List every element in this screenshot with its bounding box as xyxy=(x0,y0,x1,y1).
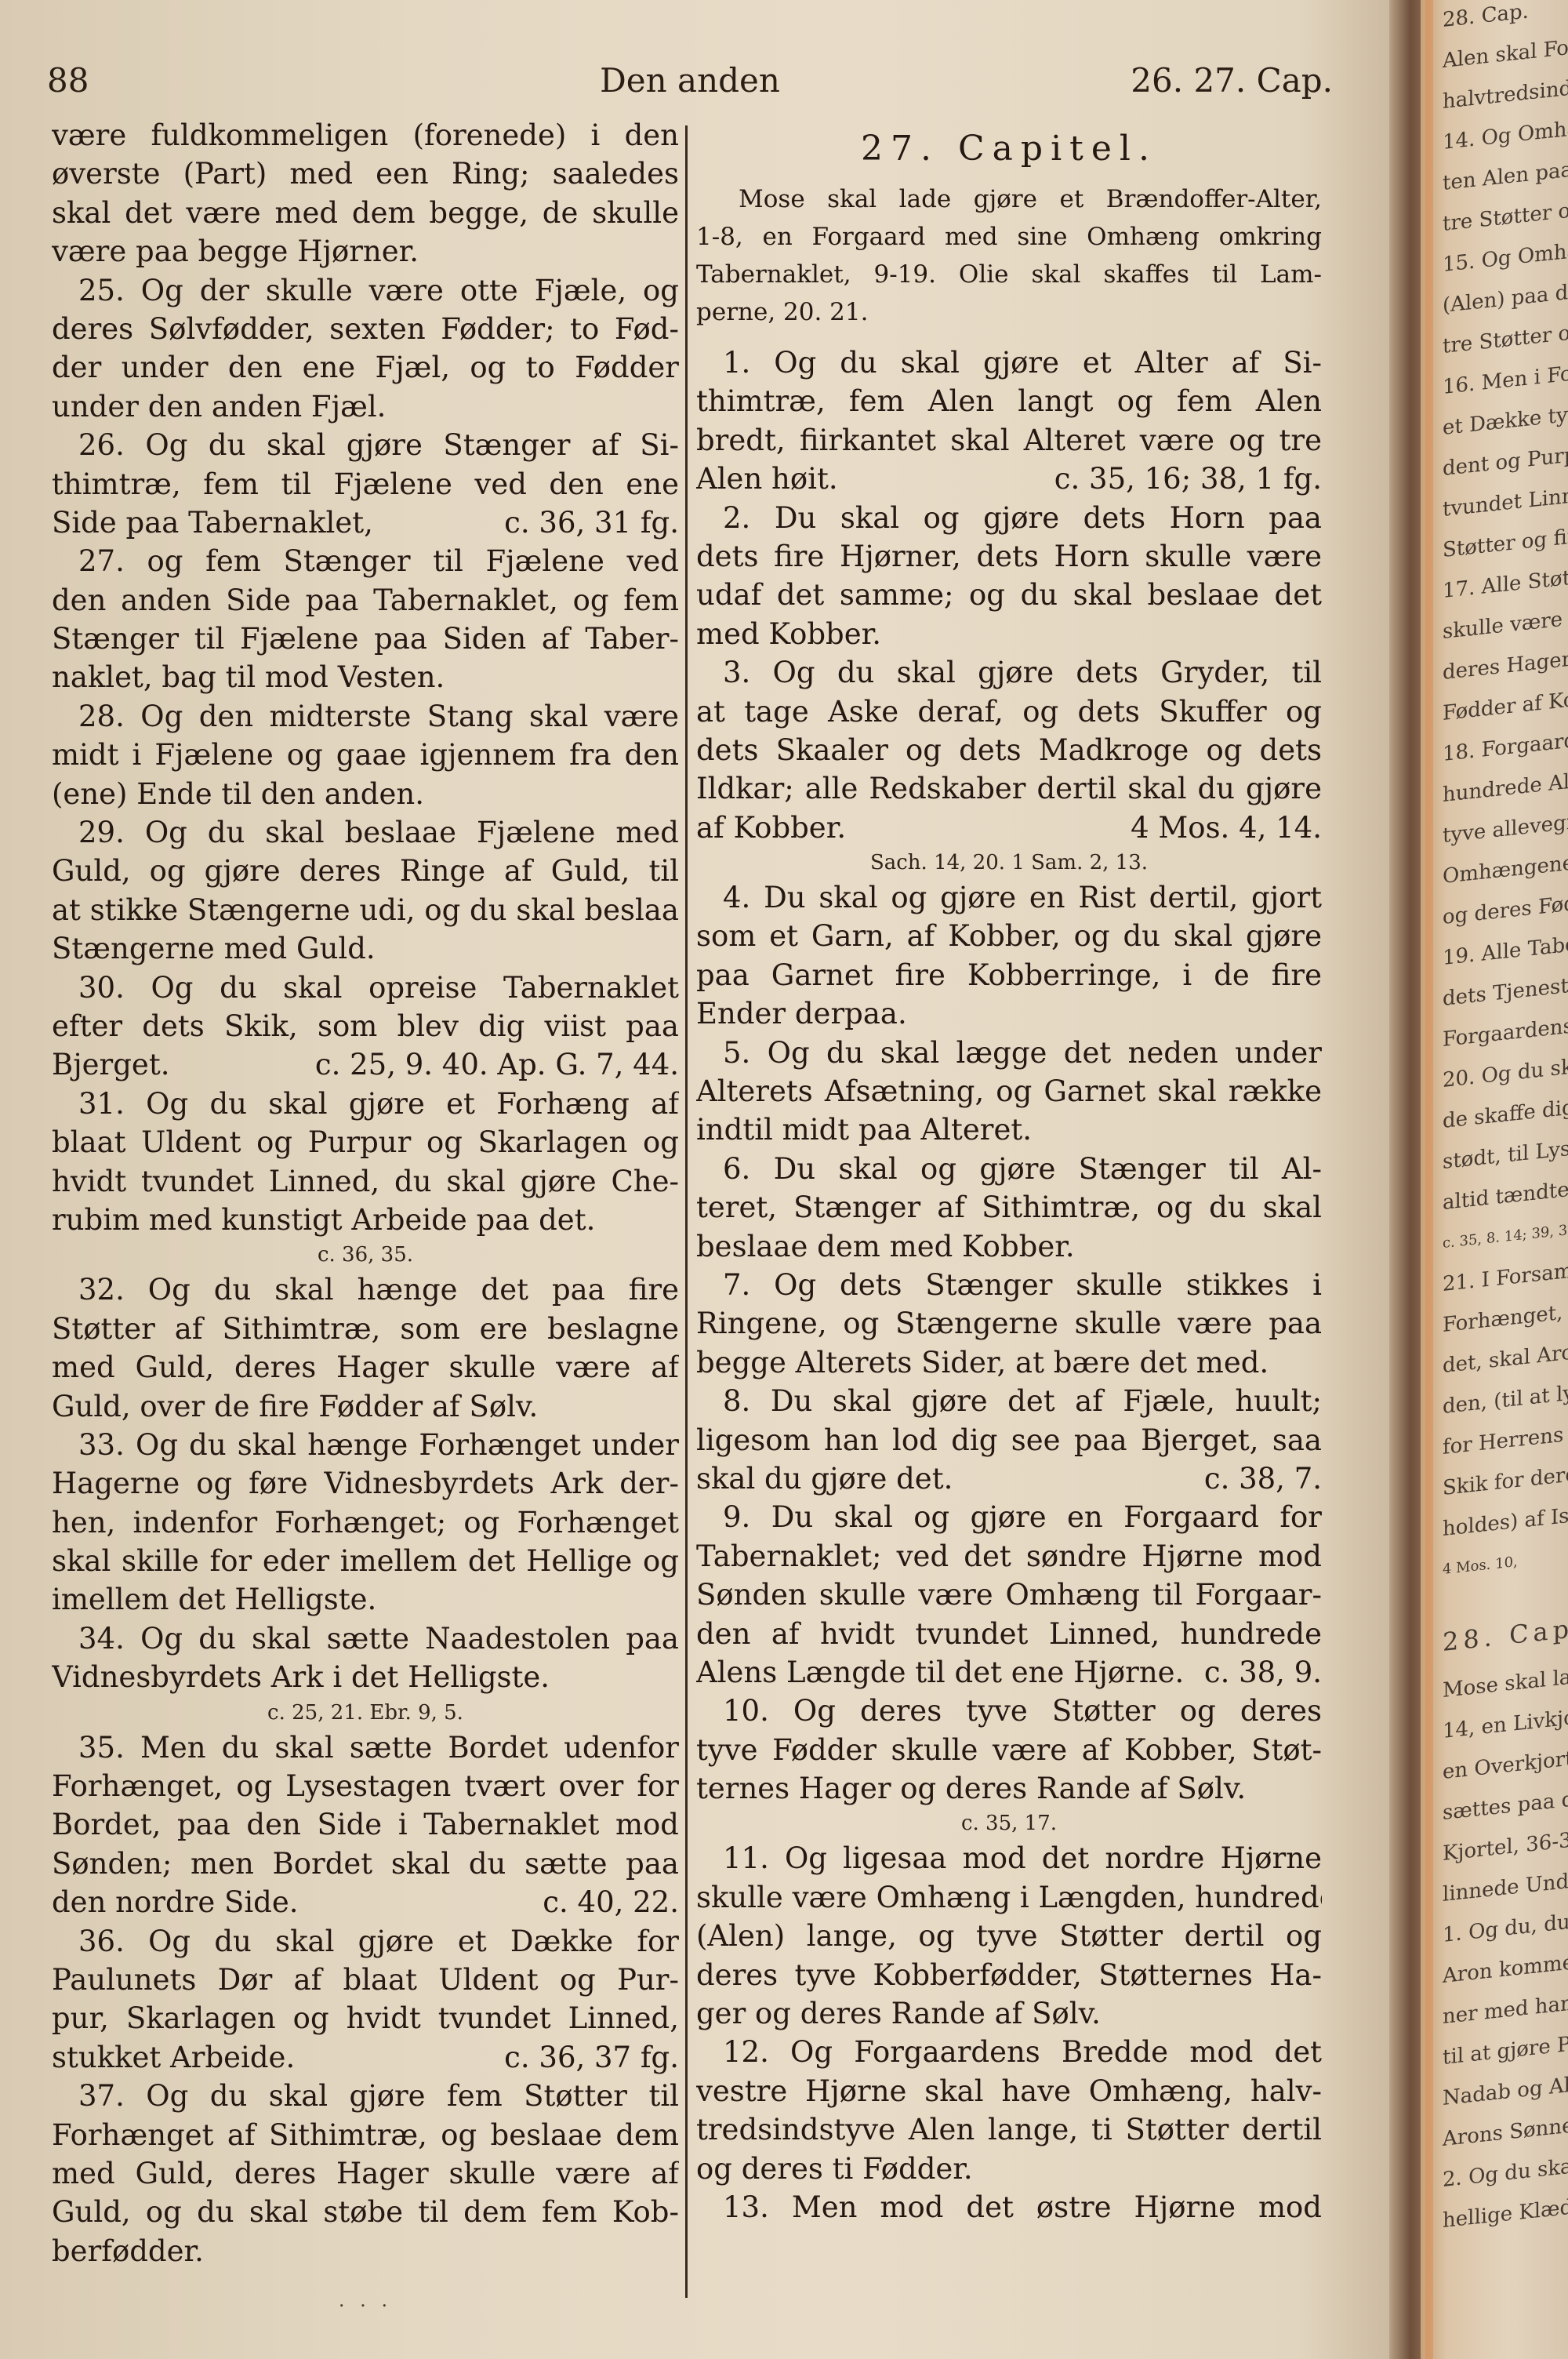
verse-30: 30. Og du skal opreise Tabernaklet xyxy=(52,969,679,1007)
text-line: Guld, over de fire Fødder af Sølv. xyxy=(52,1387,679,1426)
text-line: Side paa Tabernaklet, c. 36, 31 fg. xyxy=(52,503,679,542)
text-line: under den anden Fjæl. xyxy=(52,387,679,426)
text-line: der under den ene Fjæl, og to Fødder xyxy=(52,348,679,387)
text-line: beslaae dem med Kobber. xyxy=(696,1227,1322,1266)
text-line: begge Alterets Sider, at bære det med. xyxy=(696,1343,1322,1382)
text-line: dets Skaaler og dets Madkroge og dets xyxy=(696,731,1322,769)
verse-3: 3. Og du skal gjøre dets Gryder, til xyxy=(696,653,1322,692)
text-line: Guld, og du skal støbe til dem fem Kob- xyxy=(52,2193,679,2231)
text-line: og deres ti Fødder. xyxy=(696,2150,1322,2188)
text-line: indtil midt paa Alteret. xyxy=(696,1110,1322,1149)
chapter-heading: 27. Capitel. xyxy=(696,118,1322,180)
text-line: tredsindstyve Alen lange, ti Støtter der… xyxy=(696,2110,1322,2149)
text-line: (ene) Ende til den anden. xyxy=(52,775,679,813)
text-line: rubim med kunstigt Arbeide paa det. xyxy=(52,1201,679,1239)
text-line: Alens Længde til det ene Hjørne. c. 38, … xyxy=(696,1653,1322,1692)
text-line: Bordet, paa den Side i Tabernaklet mod xyxy=(52,1805,679,1844)
text-line: Tabernaklet; ved det søndre Hjørne mod xyxy=(696,1537,1322,1576)
text-line: Alterets Afsætning, og Garnet skal række xyxy=(696,1072,1322,1110)
summary-line: Tabernaklet, 9-19. Olie skal skaffes til… xyxy=(696,256,1322,293)
verse-13: 13. Men mod det østre Hjørne mod xyxy=(696,2188,1322,2226)
facing-page-text: 28. Cap. Alen skal Forgaardens halvtreds… xyxy=(1443,0,1568,2359)
text-line: dets fire Hjørner, dets Horn skulle være xyxy=(696,537,1322,576)
verse-25: 25. Og der skulle være otte Fjæle, og xyxy=(52,271,679,310)
text-line: midt i Fjælene og gaae igjennem fra den xyxy=(52,736,679,774)
verse-29: 29. Og du skal beslaae Fjælene med xyxy=(52,813,679,852)
verse-28: 28. Og den midterste Stang skal være xyxy=(52,697,679,736)
text-line: Sønden; men Bordet skal du sætte paa xyxy=(52,1845,679,1883)
verse-reference: c. 35, 16; 38, 1 fg. xyxy=(1054,460,1322,498)
cross-reference: c. 25, 21. Ebr. 9, 5. xyxy=(52,1697,679,1728)
text-line: Ender derpaa. xyxy=(696,994,1322,1033)
text-line: Hagerne og føre Vidnesbyrdets Ark der- xyxy=(52,1464,679,1503)
verse-27: 27. og fem Stænger til Fjælene ved xyxy=(52,542,679,580)
text-line: udaf det samme; og du skal beslaae det xyxy=(696,576,1322,614)
text-line: imellem det Helligste. xyxy=(52,1580,679,1619)
verse-8: 8. Du skal gjøre det af Fjæle, huult; xyxy=(696,1382,1322,1420)
verse-12: 12. Og Forgaardens Bredde mod det xyxy=(696,2033,1322,2071)
text-line: vestre Hjørne skal have Omhæng, halv- xyxy=(696,2072,1322,2110)
verse-34: 34. Og du skal sætte Naadestolen paa xyxy=(52,1619,679,1658)
text-line: med Guld, deres Hager skulle være af xyxy=(52,2154,679,2193)
cross-reference: Sach. 14, 20. 1 Sam. 2, 13. xyxy=(696,847,1322,878)
text-line: deres tyve Kobberfødder, Støtternes Ha- xyxy=(696,1956,1322,1994)
text-line: Støtter af Sithimtræ, som ere beslagne xyxy=(52,1310,679,1348)
text-line: skal det være med dem begge, de skulle xyxy=(52,194,679,232)
verse-reference: c. 25, 9. 40. Ap. G. 7, 44. xyxy=(315,1045,679,1084)
running-head: 88 Den anden 26. 27. Cap. xyxy=(47,61,1333,108)
text-line: Guld, og gjøre deres Ringe af Guld, til xyxy=(52,852,679,890)
verse-reference: 4 Mos. 4, 14. xyxy=(1131,809,1322,847)
verse-reference: c. 36, 37 fg. xyxy=(504,2038,679,2077)
verse-6: 6. Du skal og gjøre Stænger til Al- xyxy=(696,1150,1322,1188)
text-line: Forhænget af Sithimtræ, og beslaae dem xyxy=(52,2116,679,2154)
chapter-summary: Mose skal lade gjøre et Brændoffer-Alter… xyxy=(696,180,1322,331)
text-line: den nordre Side. c. 40, 22. xyxy=(52,1883,679,1921)
book-page-left: 88 Den anden 26. 27. Cap. være fuldkomme… xyxy=(0,0,1411,2359)
summary-line: 1-8, en Forgaard med sine Omhæng omkring xyxy=(696,218,1322,256)
text-line: ger og deres Rande af Sølv. xyxy=(696,1994,1322,2033)
right-column: 27. Capitel. Mose skal lade gjøre et Bræ… xyxy=(696,116,1322,2226)
text-line: Alen høit. c. 35, 16; 38, 1 fg. xyxy=(696,460,1322,498)
column-divider xyxy=(685,125,688,2298)
verse-10: 10. Og deres tyve Støtter og deres xyxy=(696,1692,1322,1730)
chapter-range: 26. 27. Cap. xyxy=(1131,61,1333,100)
summary-line: Mose skal lade gjøre et Brændoffer-Alter… xyxy=(696,180,1322,218)
verse-35: 35. Men du skal sætte Bordet udenfor xyxy=(52,1728,679,1767)
text-line: med Guld, deres Hager skulle være af xyxy=(52,1348,679,1387)
verse-31: 31. Og du skal gjøre et Forhæng af xyxy=(52,1085,679,1123)
text-line: berfødder. xyxy=(52,2232,679,2270)
text-line: blaat Uldent og Purpur og Skarlagen og xyxy=(52,1123,679,1161)
text-line: med Kobber. xyxy=(696,615,1322,653)
text-line: thimtræ, fem til Fjælene ved den ene xyxy=(52,465,679,503)
text-line: paa Garnet fire Kobberringe, i de fire xyxy=(696,956,1322,994)
text-line: skal skille for eder imellem det Hellige… xyxy=(52,1542,679,1580)
verse-37: 37. Og du skal gjøre fem Støtter til xyxy=(52,2077,679,2115)
text-line: at stikke Stængerne udi, og du skal besl… xyxy=(52,891,679,929)
text-line: Stænger til Fjælene paa Siden af Taber- xyxy=(52,620,679,658)
text-line: pur, Skarlagen og hvidt tvundet Linned, xyxy=(52,1999,679,2037)
text-line: deres Sølvfødder, sexten Fødder; to Fød- xyxy=(52,310,679,348)
text-line: tyve Fødder skulle være af Kobber, Støt- xyxy=(696,1731,1322,1769)
text-line: Ildkar; alle Redskaber dertil skal du gj… xyxy=(696,769,1322,808)
text-line: thimtræ, fem Alen langt og fem Alen xyxy=(696,382,1322,420)
verse-7: 7. Og dets Stænger skulle stikkes i xyxy=(696,1266,1322,1304)
verse-reference: c. 38, 7. xyxy=(1204,1459,1322,1498)
text-line: skal du gjøre det. c. 38, 7. xyxy=(696,1459,1322,1498)
text-line: være fuldkommeligen (forenede) i den xyxy=(52,116,679,154)
text-line: som et Garn, af Kobber, og du skal gjøre xyxy=(696,917,1322,955)
verse-reference: c. 36, 31 fg. xyxy=(504,503,679,542)
text-line: ligesom han lod dig see paa Bjerget, saa xyxy=(696,1421,1322,1459)
verse-2: 2. Du skal og gjøre dets Horn paa xyxy=(696,499,1322,537)
text-line: stukket Arbeide. c. 36, 37 fg. xyxy=(52,2038,679,2077)
verse-reference: c. 38, 9. xyxy=(1204,1653,1322,1692)
text-line: Ringene, og Stængerne skulle være paa xyxy=(696,1304,1322,1343)
text-line: bredt, fiirkantet skal Alteret være og t… xyxy=(696,421,1322,460)
text-line: Vidnesbyrdets Ark i det Helligste. xyxy=(52,1658,679,1696)
text-line: Forhænget, og Lysestagen tvært over for xyxy=(52,1767,679,1805)
text-line: hvidt tvundet Linned, du skal gjøre Che- xyxy=(52,1162,679,1201)
verse-32: 32. Og du skal hænge det paa fire xyxy=(52,1270,679,1309)
text-line: ternes Hager og deres Rande af Sølv. xyxy=(696,1769,1322,1808)
text-line: Paulunets Dør af blaat Uldent og Pur- xyxy=(52,1961,679,1999)
left-column: være fuldkommeligen (forenede) i den øve… xyxy=(52,116,679,2321)
text-line: at tage Aske deraf, og dets Skuffer og xyxy=(696,692,1322,731)
verse-33: 33. Og du skal hænge Forhænget under xyxy=(52,1426,679,1464)
text-line: af Kobber. 4 Mos. 4, 14. xyxy=(696,809,1322,847)
text-line: skulle være Omhæng i Længden, hundrede xyxy=(696,1878,1322,1917)
text-line: teret, Stænger af Sithimtræ, og du skal xyxy=(696,1188,1322,1227)
verse-4: 4. Du skal og gjøre en Rist dertil, gjor… xyxy=(696,878,1322,917)
page-edge xyxy=(1425,0,1433,2359)
verse-11: 11. Og ligesaa mod det nordre Hjørne xyxy=(696,1839,1322,1877)
verse-9: 9. Du skal og gjøre en Forgaard for xyxy=(696,1498,1322,1536)
text-line: naklet, bag til mod Vesten. xyxy=(52,658,679,696)
text-line: den af hvidt tvundet Linned, hundrede xyxy=(696,1615,1322,1653)
verse-26: 26. Og du skal gjøre Stænger af Si- xyxy=(52,426,679,464)
text-line: efter dets Skik, som blev dig viist paa xyxy=(52,1007,679,1045)
cross-reference: c. 35, 17. xyxy=(696,1808,1322,1839)
text-line: hen, indenfor Forhænget; og Forhænget xyxy=(52,1503,679,1542)
cross-reference: c. 36, 35. xyxy=(52,1239,679,1270)
text-line: den anden Side paa Tabernaklet, og fem xyxy=(52,581,679,620)
text-line: være paa begge Hjørner. xyxy=(52,232,679,271)
facing-chapter-heading: 28. Capi xyxy=(1443,1601,1568,1663)
verse-1: 1. Og du skal gjøre et Alter af Si- xyxy=(696,343,1322,382)
text-line: (Alen) lange, og tyve Støtter dertil og xyxy=(696,1917,1322,1955)
text-line: Sønden skulle være Omhæng til Forgaar- xyxy=(696,1576,1322,1614)
text-line: Bjerget. c. 25, 9. 40. Ap. G. 7, 44. xyxy=(52,1045,679,1084)
verse-5: 5. Og du skal lægge det neden under xyxy=(696,1034,1322,1072)
text-line: Stængerne med Guld. xyxy=(52,929,679,968)
summary-line: perne, 20. 21. xyxy=(696,293,1322,331)
verse-36: 36. Og du skal gjøre et Dække for xyxy=(52,1922,679,1961)
text-line: øverste (Part) med een Ring; saaledes xyxy=(52,154,679,193)
end-mark: . . . xyxy=(52,2281,679,2320)
verse-reference: c. 40, 22. xyxy=(543,1883,679,1921)
